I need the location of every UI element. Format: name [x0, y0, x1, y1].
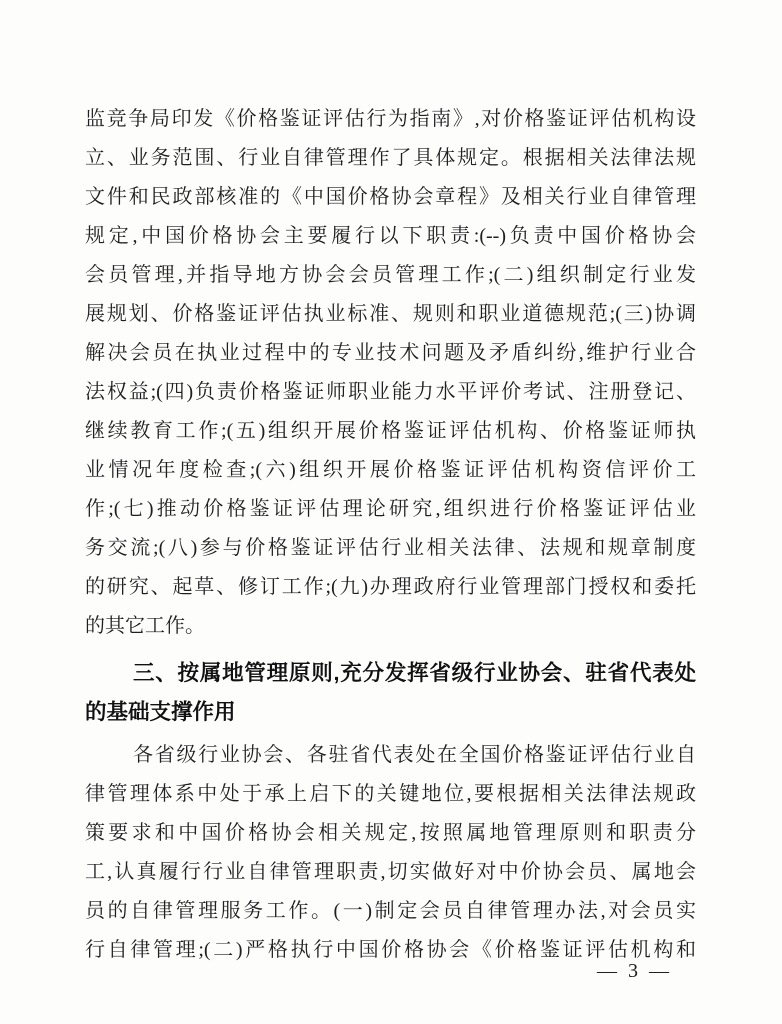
text-line: 务交流;(八)参与价格鉴证评估行业相关法律、法规和规章制度 [85, 529, 696, 568]
text-line: 展规划、价格鉴证评估执业标准、规则和职业道德规范;(三)协调 [85, 295, 696, 334]
text-line: 规定,中国价格协会主要履行以下职责:(--)负责中国价格协会 [85, 217, 696, 256]
document-page: 监竞争局印发《价格鉴证评估行为指南》,对价格鉴证评估机构设立、业务范围、行业自律… [0, 0, 782, 1024]
text-line: 策要求和中国价格协会相关规定,按照属地管理原则和职责分 [85, 814, 696, 853]
text-line: 三、按属地管理原则,充分发挥省级行业协会、驻省代表处 [85, 654, 696, 693]
text-line: 的研究、起草、修订工作;(九)办理政府行业管理部门授权和委托 [85, 568, 696, 607]
text-line: 立、业务范围、行业自律管理作了具体规定。根据相关法律法规 [85, 139, 696, 178]
text-line: 文件和民政部核准的《中国价格协会章程》及相关行业自律管理 [85, 178, 696, 217]
text-line: 继续教育工作;(五)组织开展价格鉴证评估机构、价格鉴证师执 [85, 412, 696, 451]
text-line: 作;(七)推动价格鉴证评估理论研究,组织进行价格鉴证评估业 [85, 490, 696, 529]
text-line: 各省级行业协会、各驻省代表处在全国价格鉴证评估行业自 [85, 736, 696, 775]
text-line: 律管理体系中处于承上启下的关键地位,要根据相关法律法规政 [85, 775, 696, 814]
text-line: 会员管理,并指导地方协会会员管理工作;(二)组织制定行业发 [85, 256, 696, 295]
paragraph-provincial-associations: 各省级行业协会、各驻省代表处在全国价格鉴证评估行业自律管理体系中处于承上启下的关… [85, 736, 696, 970]
text-line: 的其它工作。 [85, 607, 696, 646]
text-line: 工,认真履行行业自律管理职责,切实做好对中价协会员、属地会 [85, 853, 696, 892]
text-line: 的基础支撑作用 [85, 693, 696, 732]
text-line: 解决会员在执业过程中的专业技术问题及矛盾纠纷,维护行业合 [85, 334, 696, 373]
text-line: 法权益;(四)负责价格鉴证师职业能力水平评价考试、注册登记、 [85, 373, 696, 412]
paragraph-duties-continuation: 监竞争局印发《价格鉴证评估行为指南》,对价格鉴证评估机构设立、业务范围、行业自律… [85, 100, 696, 646]
section-heading-three: 三、按属地管理原则,充分发挥省级行业协会、驻省代表处的基础支撑作用 [85, 654, 696, 732]
text-line: 员的自律管理服务工作。(一)制定会员自律管理办法,对会员实 [85, 892, 696, 931]
text-line: 业情况年度检查;(六)组织开展价格鉴证评估机构资信评价工 [85, 451, 696, 490]
page-number: — 3 — [597, 956, 672, 986]
document-body: 监竞争局印发《价格鉴证评估行为指南》,对价格鉴证评估机构设立、业务范围、行业自律… [85, 100, 696, 970]
text-line: 监竞争局印发《价格鉴证评估行为指南》,对价格鉴证评估机构设 [85, 100, 696, 139]
